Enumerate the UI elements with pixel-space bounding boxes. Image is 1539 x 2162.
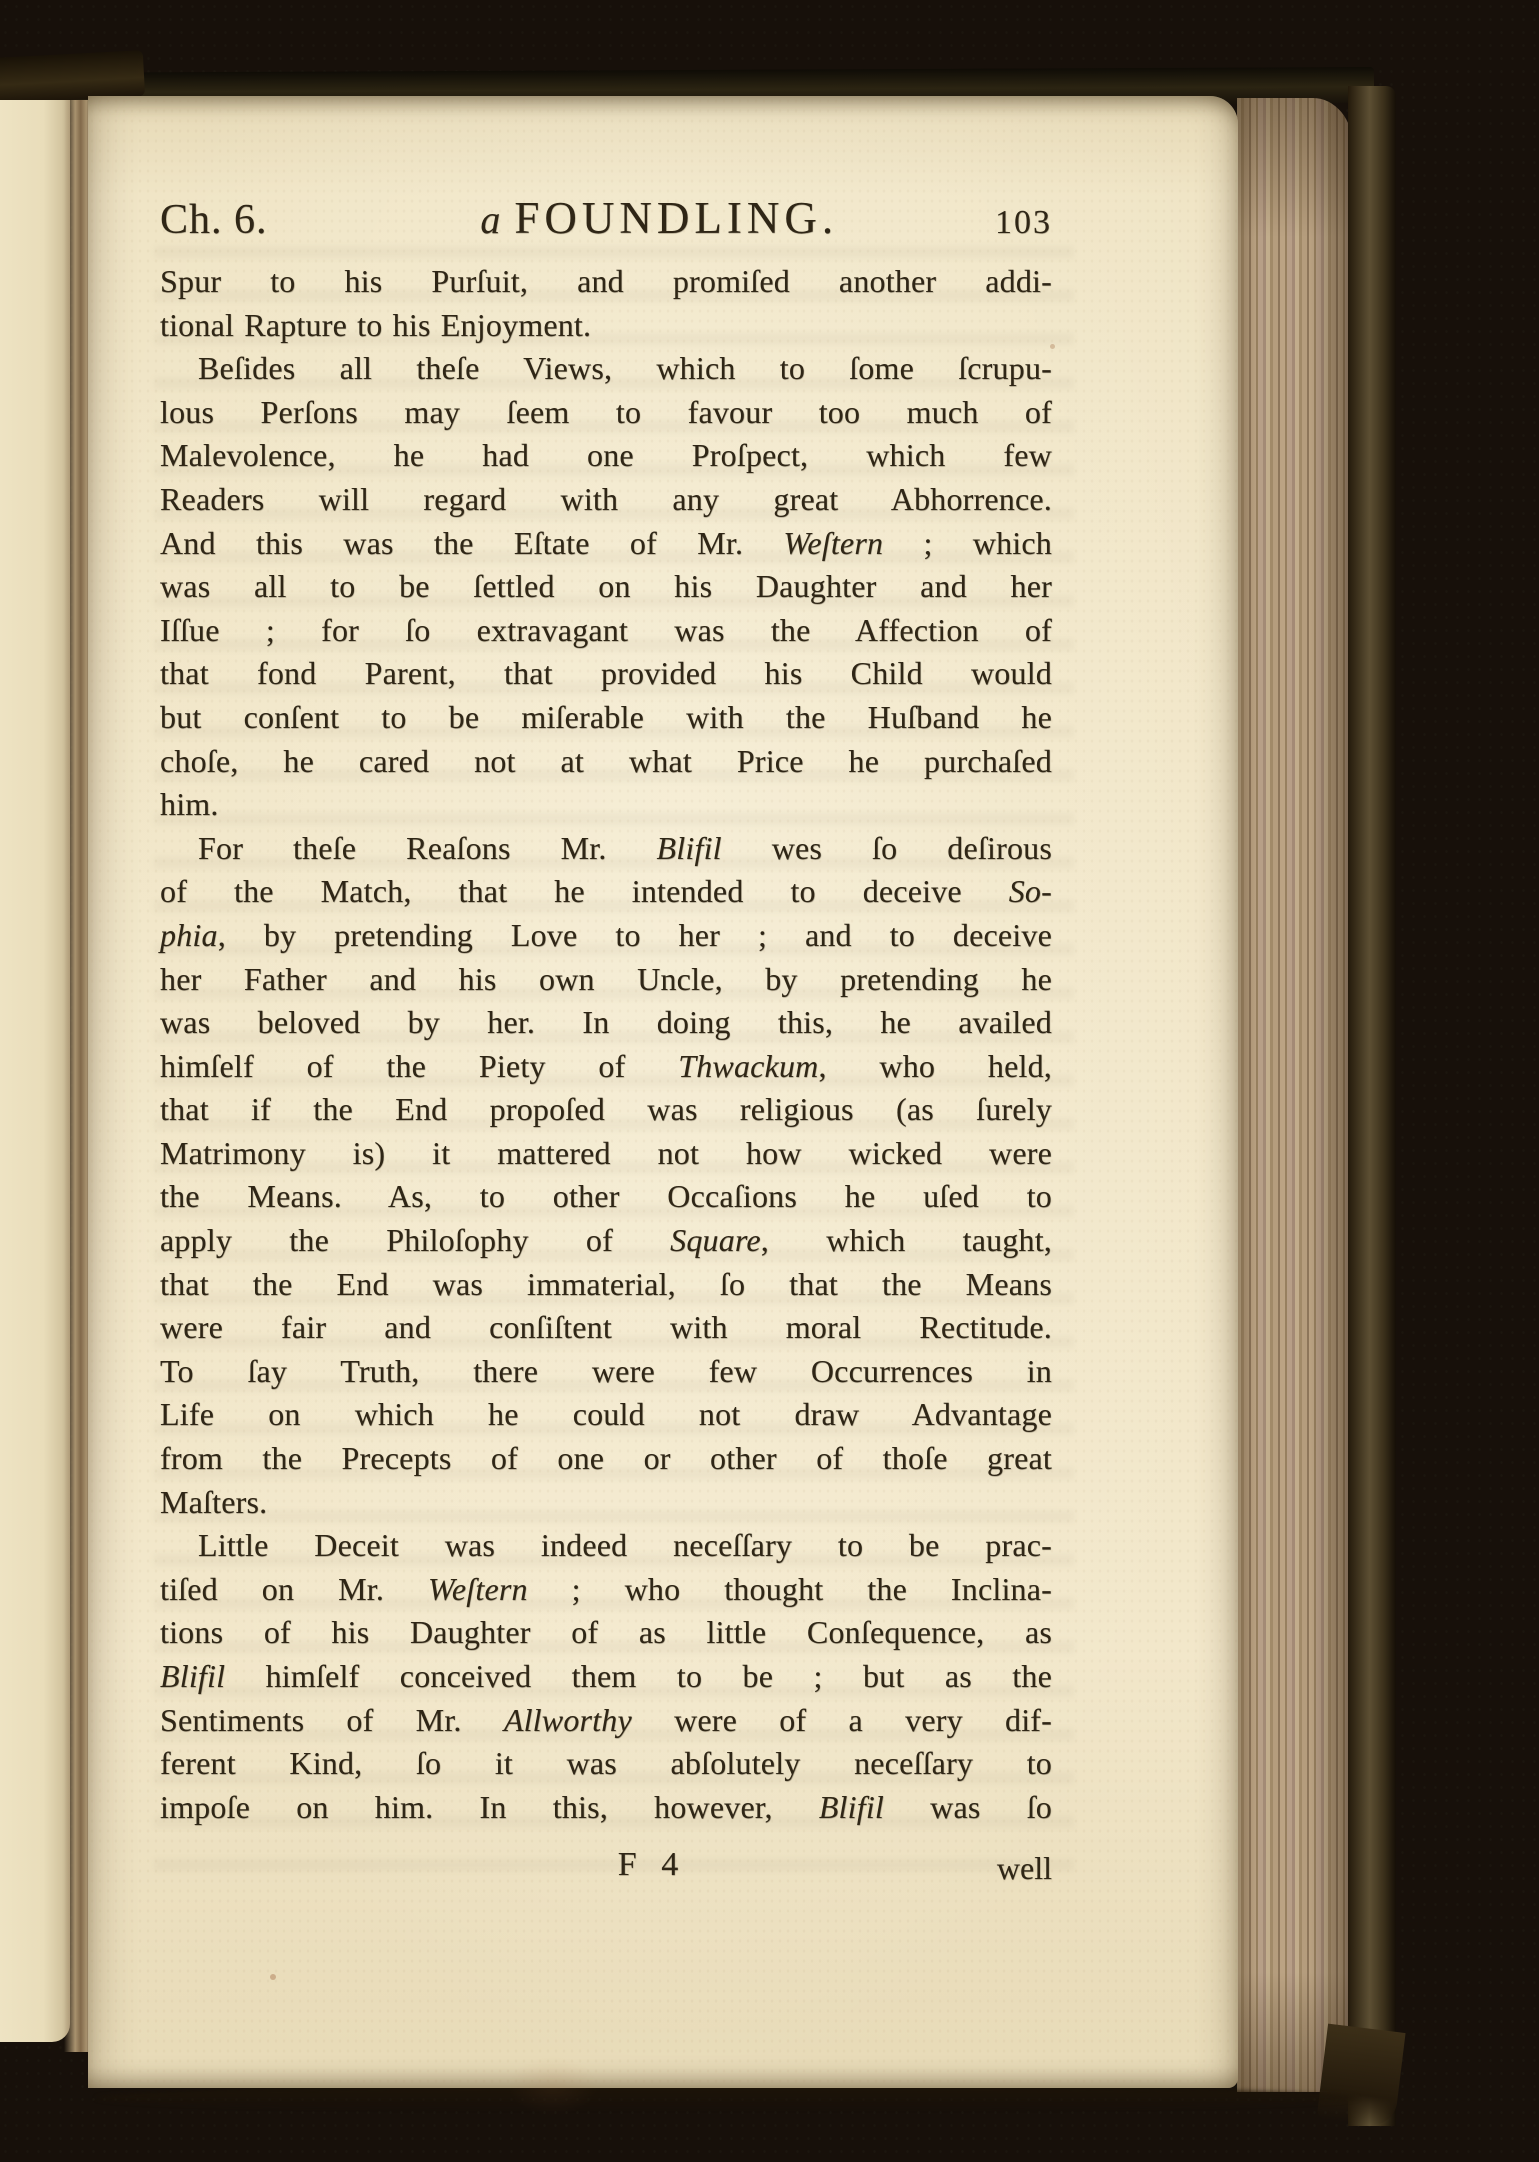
text-line: Matrimony is) it mattered not how wicked… [160, 1132, 1052, 1176]
text-line: that if the End propoſed was religious (… [160, 1088, 1052, 1132]
text-line: that the End was immaterial, ſo that the… [160, 1263, 1052, 1307]
text-line: of the Match, that he intended to deceiv… [160, 870, 1052, 914]
text-line: her Father and his own Uncle, by pretend… [160, 958, 1052, 1002]
text-line: were fair and conſiſtent with moral Rect… [160, 1306, 1052, 1350]
text-line: but conſent to be miſerable with the Huſ… [160, 696, 1052, 740]
text-line: impoſe on him. In this, however, Blifil … [160, 1786, 1052, 1830]
chapter-label: Ch. 6. [160, 196, 268, 244]
text-line: And this was the Eſtate of Mr. Weſtern ;… [160, 522, 1052, 566]
running-title-text: FOUNDLING. [514, 193, 838, 243]
cover-fray [1316, 2024, 1405, 2129]
text-line: tional Rapture to his Enjoyment. [160, 304, 1052, 348]
text-line: Blifil himſelf conceived them to be ; bu… [160, 1655, 1052, 1699]
text-line: tiſed on Mr. Weſtern ; who thought the I… [160, 1568, 1052, 1612]
book-page: Ch. 6. aFOUNDLING. 103 Spur to his Purſu… [88, 96, 1238, 2088]
text-line: Malevolence, he had one Proſpect, which … [160, 434, 1052, 478]
text-line: was all to be ſettled on his Daughter an… [160, 565, 1052, 609]
text-line: that fond Parent, that provided his Chil… [160, 652, 1052, 696]
text-line: Little Deceit was indeed neceſſary to be… [160, 1524, 1052, 1568]
text-line: from the Precepts of one or other of tho… [160, 1437, 1052, 1481]
running-title: aFOUNDLING. [296, 192, 1023, 244]
text-line: was beloved by her. In doing this, he av… [160, 1001, 1052, 1045]
paper-stain [270, 1974, 276, 1980]
text-line: apply the Philoſophy of Square, which ta… [160, 1219, 1052, 1263]
page-body: Spur to his Purſuit, and promiſed anothe… [160, 260, 1052, 1829]
page-bottom-shadow [96, 2086, 1358, 2110]
running-title-article: a [480, 197, 500, 242]
fore-edge-pages [1237, 98, 1353, 2092]
text-line: Iſſue ; for ſo extravagant was the Affec… [160, 609, 1052, 653]
text-line: Readers will regard with any great Abhor… [160, 478, 1052, 522]
text-line: choſe, he cared not at what Price he pur… [160, 740, 1052, 784]
text-line: Sentiments of Mr. Allworthy were of a ve… [160, 1699, 1052, 1743]
page-footer: F 4 well [160, 1846, 1052, 1896]
text-line: Beſides all theſe Views, which to ſome ſ… [160, 347, 1052, 391]
text-line: To ſay Truth, there were few Occurrences… [160, 1350, 1052, 1394]
text-line: For theſe Reaſons Mr. Blifil wes ſo deſi… [160, 827, 1052, 871]
text-line: Maſters. [160, 1481, 1052, 1525]
text-line: himſelf of the Piety of Thwackum, who he… [160, 1045, 1052, 1089]
text-line: tions of his Daughter of as little Conſe… [160, 1611, 1052, 1655]
book-cover-right-edge [1348, 86, 1396, 2126]
facing-page-sliver [0, 100, 70, 2042]
page-header: Ch. 6. aFOUNDLING. 103 [160, 192, 1052, 244]
text-line: lous Perſons may ſeem to favour too much… [160, 391, 1052, 435]
signature-mark: F 4 [202, 1846, 1094, 1884]
text-line: him. [160, 783, 1052, 827]
text-line: Life on which he could not draw Advantag… [160, 1393, 1052, 1437]
catchword: well [997, 1850, 1052, 1887]
text-line: the Means. As, to other Occaſions he uſe… [160, 1175, 1052, 1219]
text-line: phia, by pretending Love to her ; and to… [160, 914, 1052, 958]
text-line: Spur to his Purſuit, and promiſed anothe… [160, 260, 1052, 304]
text-line: ferent Kind, ſo it was abſolutely neceſſ… [160, 1742, 1052, 1786]
